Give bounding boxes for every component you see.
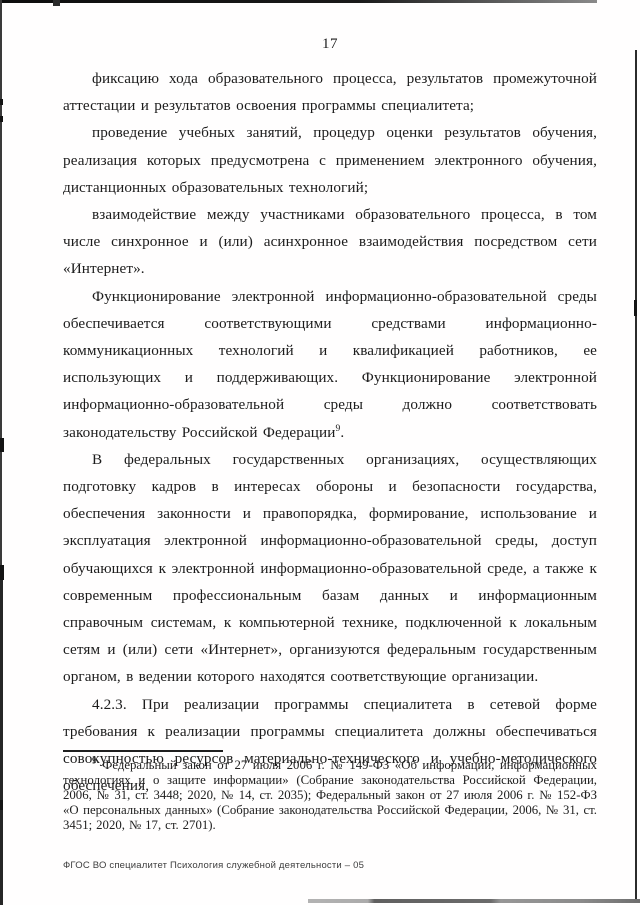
footnote-body: Федеральный закон от 27 июля 2006 г. № 1… bbox=[63, 758, 597, 832]
footnote-reference: 9 bbox=[335, 424, 340, 434]
scan-artifact-blob bbox=[0, 800, 3, 810]
body-paragraph: Функционирование электронной информацион… bbox=[63, 283, 597, 446]
scan-border-right bbox=[635, 50, 637, 903]
page-number: 17 bbox=[63, 0, 597, 53]
body-text: фиксацию хода образовательного процесса,… bbox=[63, 65, 597, 799]
footnote-text: 9 Федеральный закон от 27 июля 2006 г. №… bbox=[63, 758, 597, 833]
footnote-separator bbox=[63, 750, 223, 752]
body-paragraph: фиксацию хода образовательного процесса,… bbox=[63, 65, 597, 119]
scan-artifact-blob bbox=[0, 438, 4, 452]
scan-artifact-tick bbox=[53, 0, 60, 6]
body-paragraph: проведение учебных занятий, процедур оце… bbox=[63, 119, 597, 201]
document-page: 17 фиксацию хода образовательного процес… bbox=[0, 0, 640, 905]
scan-border-left-lower bbox=[0, 578, 3, 905]
scan-artifact-blob bbox=[0, 565, 4, 580]
footnote-block: 9 Федеральный закон от 27 июля 2006 г. №… bbox=[63, 750, 597, 833]
scan-artifact-blob bbox=[0, 116, 3, 122]
body-paragraph: взаимодействие между участниками образов… bbox=[63, 201, 597, 283]
scan-artifact-blob bbox=[634, 300, 637, 316]
page-content: 17 фиксацию хода образовательного процес… bbox=[63, 0, 597, 799]
body-paragraph: В федеральных государственных организаци… bbox=[63, 446, 597, 691]
scan-artifact-blob bbox=[0, 99, 3, 105]
footer-doc-code: ФГОС ВО специалитет Психология служебной… bbox=[63, 860, 364, 871]
scan-line-bottom bbox=[308, 899, 640, 903]
